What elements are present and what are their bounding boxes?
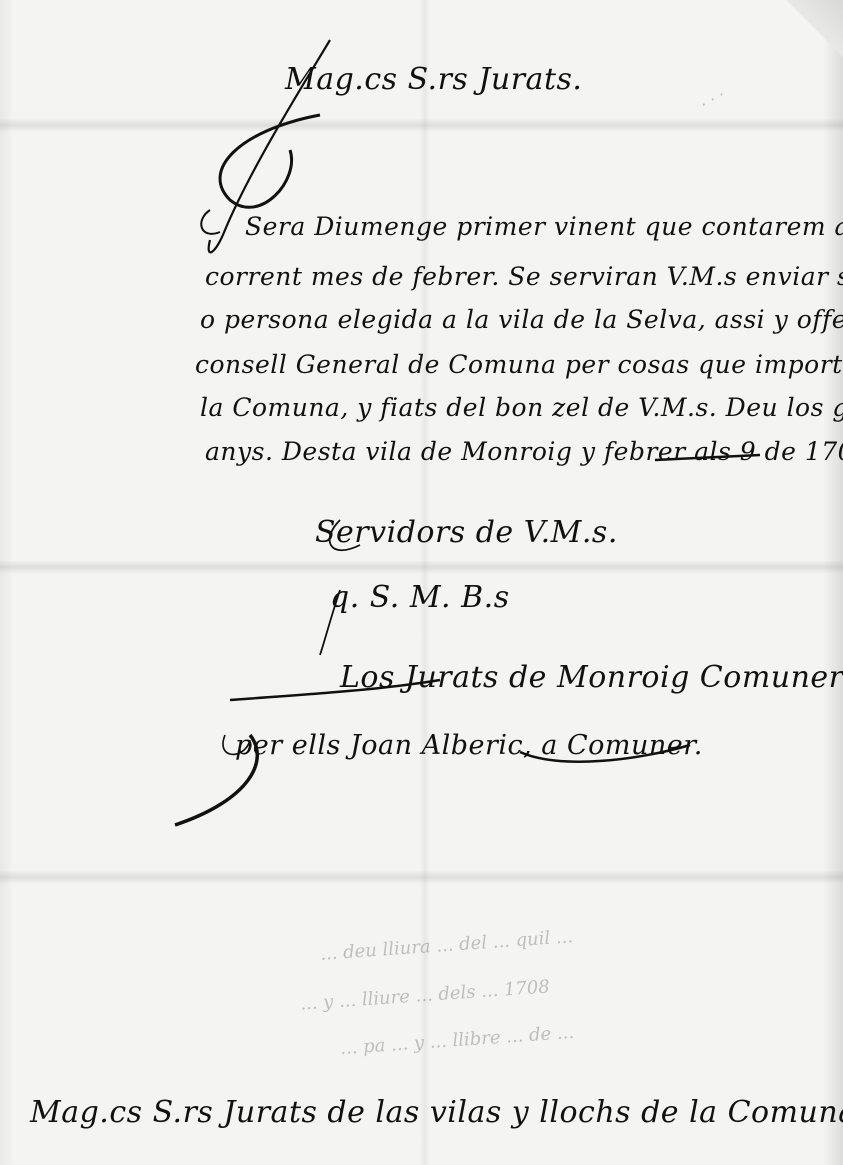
letter-body-line: Sera Diumenge primer vinent que contarem… bbox=[245, 212, 843, 241]
letter-body-line: anys. Desta vila de Monroig y febrer als… bbox=[205, 437, 843, 466]
letter-body-line: o persona elegida a la vila de la Selva,… bbox=[200, 305, 843, 334]
address-line: Mag.cs S.rs Jurats de las vilas y llochs… bbox=[30, 1095, 843, 1130]
salutation: Mag.cs S.rs Jurats. bbox=[285, 62, 582, 97]
signature-line: Los Jurats de Monroig Comuners, bbox=[340, 660, 843, 695]
closing-abbreviation: q. S. M. B.s bbox=[330, 580, 510, 615]
letter-body-line: la Comuna, y fiats del bon zel de V.M.s.… bbox=[200, 393, 843, 422]
letter-body-line: corrent mes de febrer. Se serviran V.M.s… bbox=[205, 262, 843, 291]
letter-body-line: consell General de Comuna per cosas que … bbox=[195, 350, 843, 379]
closing-formula: Servidors de V.M.s. bbox=[315, 515, 618, 550]
signature-line: per ells Joan Alberic, a Comuner. bbox=[235, 730, 703, 761]
manuscript-page: ... deu lliura ... del ... quil ... ... … bbox=[0, 0, 843, 1165]
